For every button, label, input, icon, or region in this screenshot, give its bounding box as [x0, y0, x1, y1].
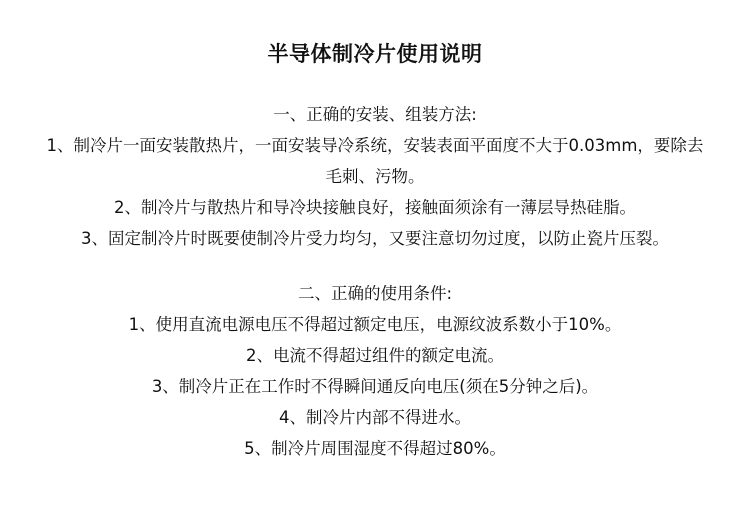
list-item: 1、使用直流电源电压不得超过额定电压，电源纹波系数小于10%。 — [0, 314, 750, 336]
section-heading: 一、正确的安装、组装方法: — [0, 104, 750, 126]
list-item-continuation: 毛刺、污物。 — [0, 166, 750, 188]
list-item: 2、电流不得超过组件的额定电流。 — [0, 345, 750, 367]
list-item: 3、制冷片正在工作时不得瞬间通反向电压(须在5分钟之后)。 — [0, 376, 750, 398]
list-item: 4、制冷片内部不得进水。 — [0, 407, 750, 429]
list-item: 1、制冷片一面安装散热片，一面安装导冷系统，安装表面平面度不大于0.03mm，要… — [0, 135, 750, 157]
list-item: 2、制冷片与散热片和导冷块接触良好，接触面须涂有一薄层导热硅脂。 — [0, 197, 750, 219]
document-title: 半导体制冷片使用说明 — [0, 40, 750, 68]
list-item: 5、制冷片周围湿度不得超过80%。 — [0, 438, 750, 460]
list-item: 3、固定制冷片时既要使制冷片受力均匀，又要注意切勿过度，以防止瓷片压裂。 — [0, 228, 750, 250]
section-heading: 二、正确的使用条件: — [0, 283, 750, 305]
